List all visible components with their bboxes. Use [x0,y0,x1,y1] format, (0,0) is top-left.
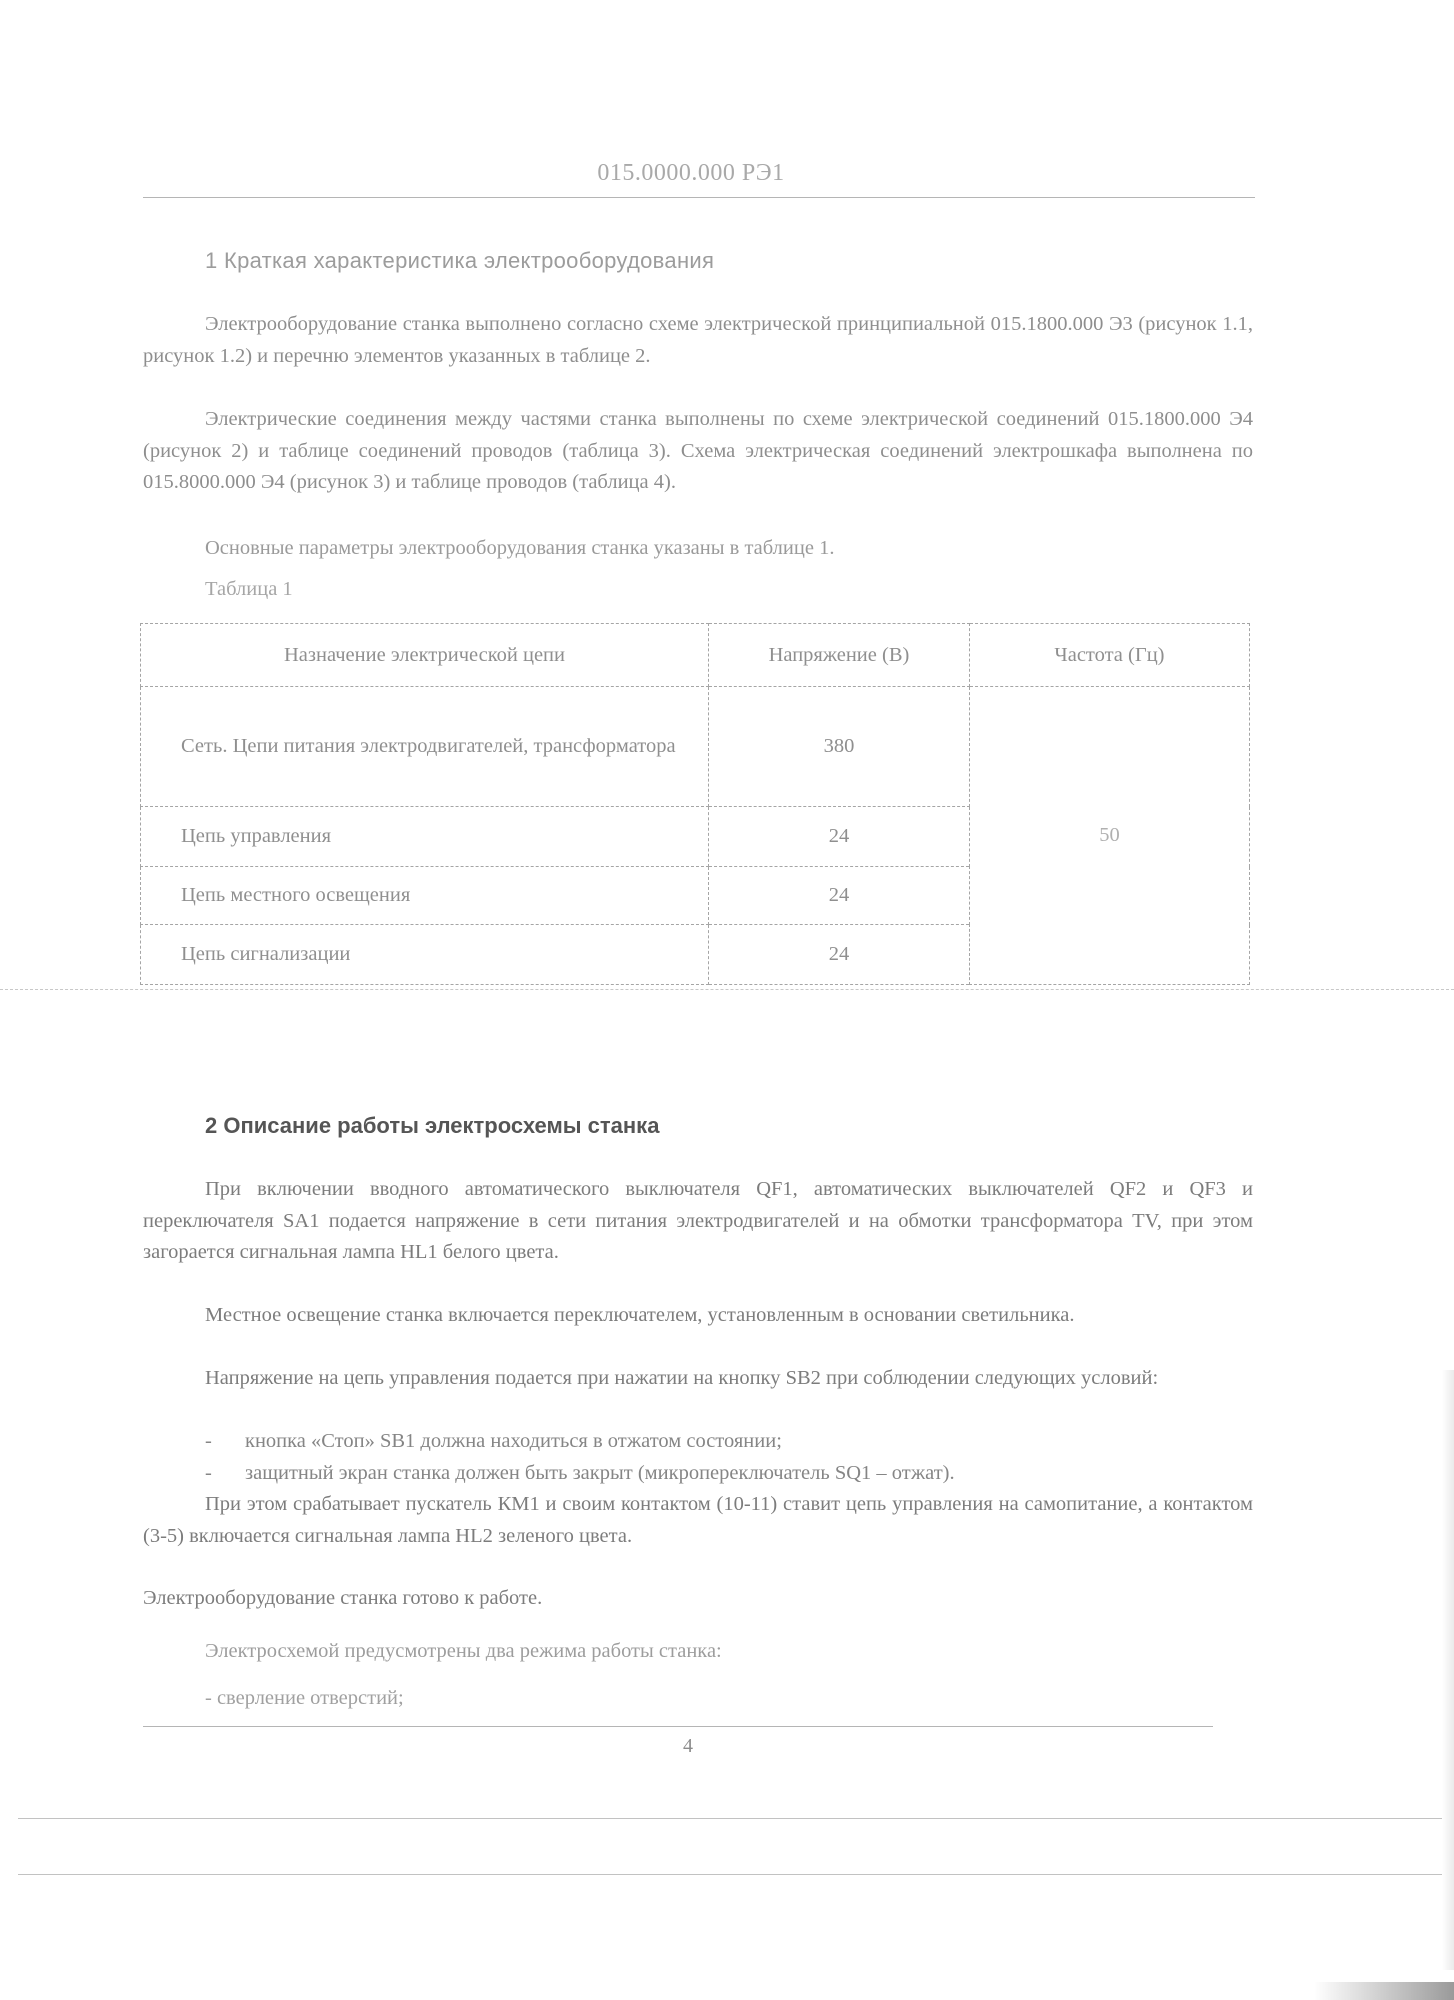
section-2-title: 2 Описание работы электросхемы станка [205,1113,659,1139]
table-row: Сеть. Цепи питания электродвигателей, тр… [141,687,1250,807]
mode-item: - сверление отверстий; [205,1683,404,1715]
section-2-paragraph: Местное освещение станка включается пере… [143,1300,1253,1332]
scan-artifact-line [18,1818,1454,1819]
section-1-title: 1 Краткая характеристика электрооборудов… [205,248,714,274]
ready-statement: Электрооборудование станка готово к рабо… [143,1583,1253,1615]
voltage-cell: 24 [709,807,970,867]
section-2-paragraph: При включении вводного автоматического в… [143,1174,1253,1269]
condition-text: кнопка «Стоп» SB1 должна находиться в от… [245,1430,782,1452]
voltage-cell: 24 [709,925,970,985]
section-1-paragraph: Основные параметры электрооборудования с… [143,533,1253,565]
bullet-dash: - [205,1426,212,1458]
table-bottom-scan-line [0,989,1454,990]
table-header-row: Назначение электрической цепи Напряжение… [141,624,1250,687]
frequency-cell: 50 [969,687,1249,985]
document-page: 015.0000.000 РЭ1 1 Краткая характеристик… [0,0,1454,2000]
table-caption: Таблица 1 [205,578,293,601]
circuit-cell: Цепь местного освещения [141,867,709,925]
circuit-cell: Сеть. Цепи питания электродвигателей, тр… [141,687,709,807]
voltage-cell: 24 [709,867,970,925]
section-1-paragraph: Электрооборудование станка выполнено сог… [143,309,1253,372]
section-2-paragraph: Напряжение на цепь управления подается п… [143,1363,1253,1395]
section-2-paragraph: При этом срабатывает пускатель КМ1 и сво… [143,1489,1253,1552]
voltage-cell: 380 [709,687,970,807]
circuit-cell: Цепь сигнализации [141,925,709,985]
list-item: -защитный экран станка должен быть закры… [205,1458,955,1490]
scan-corner-shadow [1314,1982,1454,2000]
scan-artifact-line [18,1874,1454,1875]
conditions-list: -кнопка «Стоп» SB1 должна находиться в о… [205,1426,955,1489]
footer-rule [143,1726,1213,1727]
bullet-dash: - [205,1458,212,1490]
column-header-frequency: Частота (Гц) [969,624,1249,687]
list-item: -кнопка «Стоп» SB1 должна находиться в о… [205,1426,955,1458]
modes-intro: Электросхемой предусмотрены два режима р… [205,1636,722,1668]
circuit-cell: Цепь управления [141,807,709,867]
scan-edge-shadow [1442,1370,1454,1970]
page-number: 4 [683,1735,693,1758]
condition-text: защитный экран станка должен быть закрыт… [245,1462,955,1484]
column-header-voltage: Напряжение (В) [709,624,970,687]
parameters-table: Назначение электрической цепи Напряжение… [140,623,1250,985]
section-1-paragraph: Электрические соединения между частями с… [143,404,1253,499]
header-rule [143,197,1255,198]
column-header-circuit: Назначение электрической цепи [141,624,709,687]
document-code: 015.0000.000 РЭ1 [0,160,1382,187]
